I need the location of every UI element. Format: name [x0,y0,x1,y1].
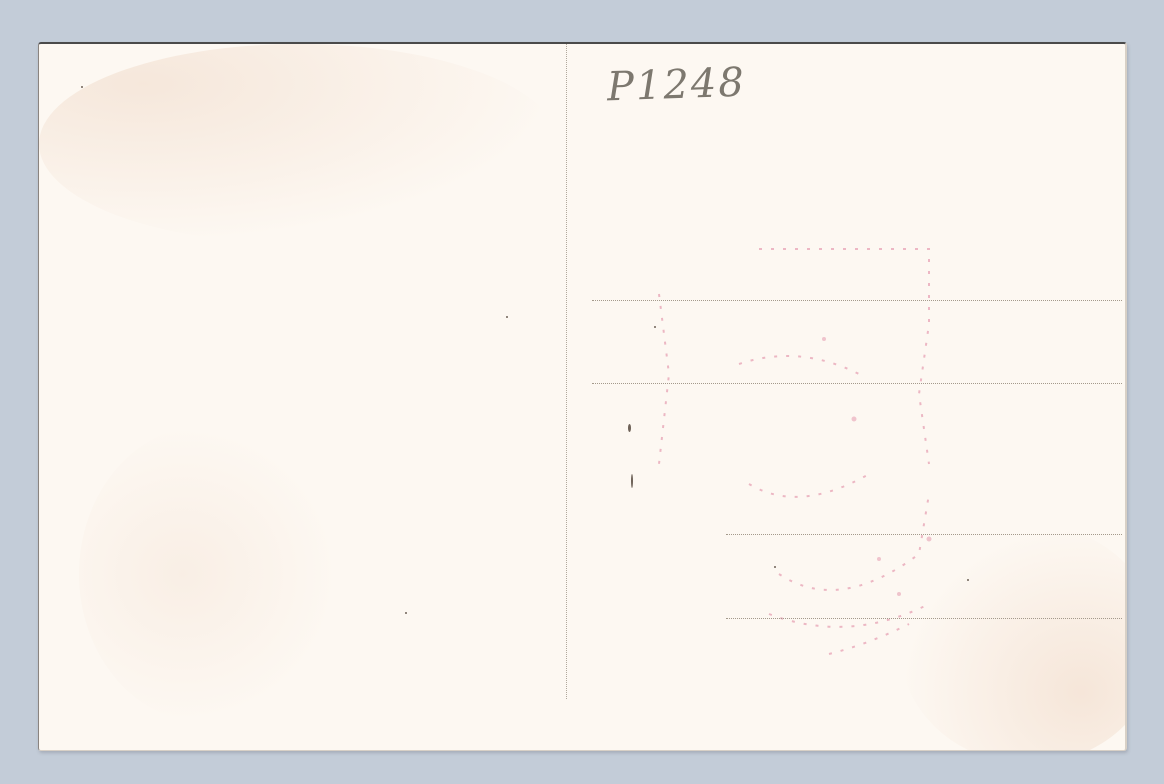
address-line-2 [592,383,1122,384]
paper-speck [405,612,407,614]
address-line-1 [592,300,1122,301]
paper-speck [967,579,969,581]
postcard-back: P1248 [38,42,1127,751]
handwritten-inventory-number: P1248 [606,60,746,111]
address-line-3 [726,534,1122,535]
paper-speck [654,326,656,328]
paper-speck [506,316,508,318]
paper-stain [39,44,559,244]
center-divider-line [566,44,567,699]
paper-stain [899,524,1127,751]
paper-speck [631,474,633,488]
address-line-4 [726,618,1122,619]
paper-speck [81,86,83,88]
paper-speck [628,424,631,432]
paper-stain [79,424,339,724]
paper-speck [774,566,776,568]
